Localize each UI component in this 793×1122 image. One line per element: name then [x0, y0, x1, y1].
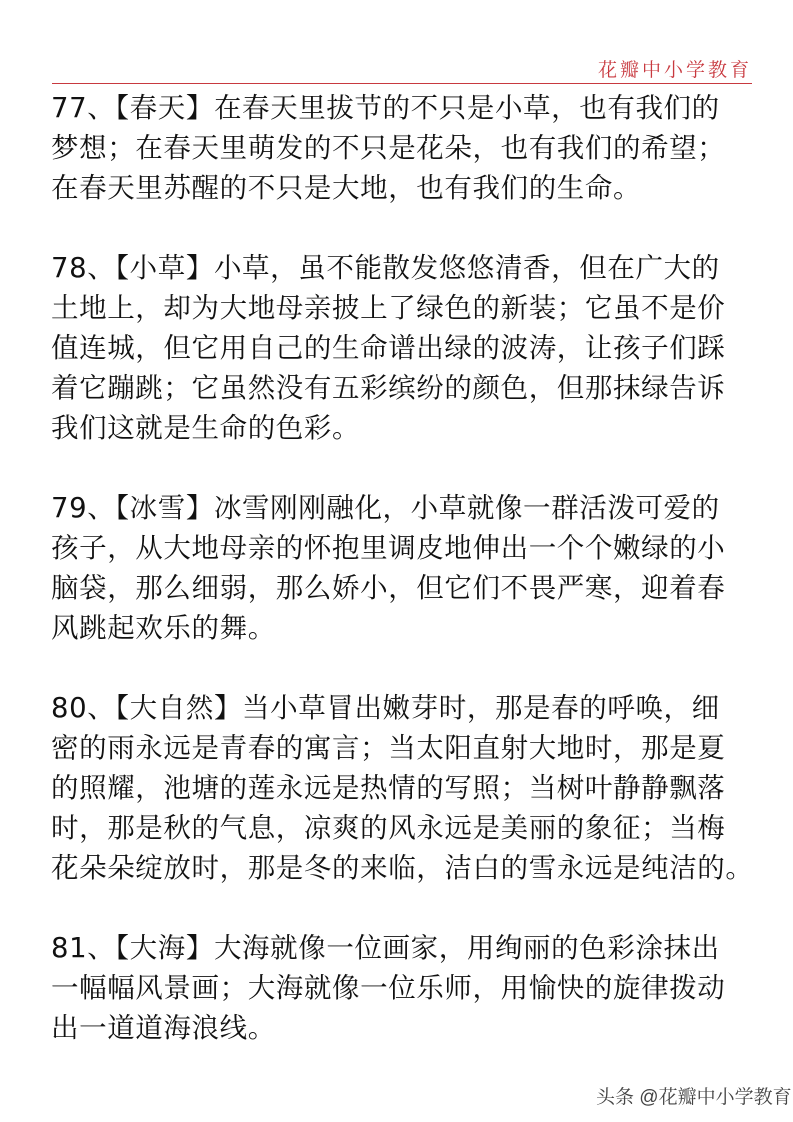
paragraph-line: 81、【大海】大海就像一位画家，用绚丽的色彩涂抹出	[51, 928, 757, 968]
paragraph-line: 在春天里苏醒的不只是大地，也有我们的生命。	[51, 168, 757, 208]
paragraph-line: 花朵朵绽放时，那是冬的来临，洁白的雪永远是纯洁的。	[51, 848, 757, 888]
paragraph-line: 着它蹦跳；它虽然没有五彩缤纷的颜色，但那抹绿告诉	[51, 368, 757, 408]
paragraph-line: 值连城，但它用自己的生命谱出绿的波涛，让孩子们踩	[51, 328, 757, 368]
paragraph-line: 一幅幅风景画；大海就像一位乐师，用愉快的旋律拨动	[51, 968, 757, 1008]
document-body: 77、【春天】在春天里拔节的不只是小草，也有我们的 梦想；在春天里萌发的不只是花…	[51, 88, 757, 1088]
paragraph-78: 78、【小草】小草，虽不能散发悠悠清香，但在广大的 土地上，却为大地母亲披上了绿…	[51, 248, 757, 448]
paragraph-line: 79、【冰雪】冰雪刚刚融化，小草就像一群活泼可爱的	[51, 488, 757, 528]
paragraph-line: 出一道道海浪线。	[51, 1008, 757, 1048]
paragraph-line: 风跳起欢乐的舞。	[51, 608, 757, 648]
paragraph-77: 77、【春天】在春天里拔节的不只是小草，也有我们的 梦想；在春天里萌发的不只是花…	[51, 88, 757, 208]
paragraph-line: 密的雨永远是青春的寓言；当太阳直射大地时，那是夏	[51, 728, 757, 768]
paragraph-line: 77、【春天】在春天里拔节的不只是小草，也有我们的	[51, 88, 757, 128]
paragraph-line: 脑袋，那么细弱，那么娇小，但它们不畏严寒，迎着春	[51, 568, 757, 608]
header-title: 花瓣中小学教育	[598, 58, 752, 82]
paragraph-line: 土地上，却为大地母亲披上了绿色的新装；它虽不是价	[51, 288, 757, 328]
paragraph-line: 的照耀，池塘的莲永远是热情的写照；当树叶静静飘落	[51, 768, 757, 808]
watermark: 头条 @花瓣中小学教育	[596, 1082, 792, 1109]
paragraph-80: 80、【大自然】当小草冒出嫩芽时，那是春的呼唤，细 密的雨永远是青春的寓言；当太…	[51, 688, 757, 888]
paragraph-line: 80、【大自然】当小草冒出嫩芽时，那是春的呼唤，细	[51, 688, 757, 728]
paragraph-line: 我们这就是生命的色彩。	[51, 408, 757, 448]
paragraph-line: 78、【小草】小草，虽不能散发悠悠清香，但在广大的	[51, 248, 757, 288]
page-header: 花瓣中小学教育	[52, 58, 752, 84]
paragraph-line: 梦想；在春天里萌发的不只是花朵，也有我们的希望；	[51, 128, 757, 168]
paragraph-line: 孩子，从大地母亲的怀抱里调皮地伸出一个个嫩绿的小	[51, 528, 757, 568]
paragraph-line: 时，那是秋的气息，凉爽的风永远是美丽的象征；当梅	[51, 808, 757, 848]
paragraph-81: 81、【大海】大海就像一位画家，用绚丽的色彩涂抹出 一幅幅风景画；大海就像一位乐…	[51, 928, 757, 1048]
paragraph-79: 79、【冰雪】冰雪刚刚融化，小草就像一群活泼可爱的 孩子，从大地母亲的怀抱里调皮…	[51, 488, 757, 648]
